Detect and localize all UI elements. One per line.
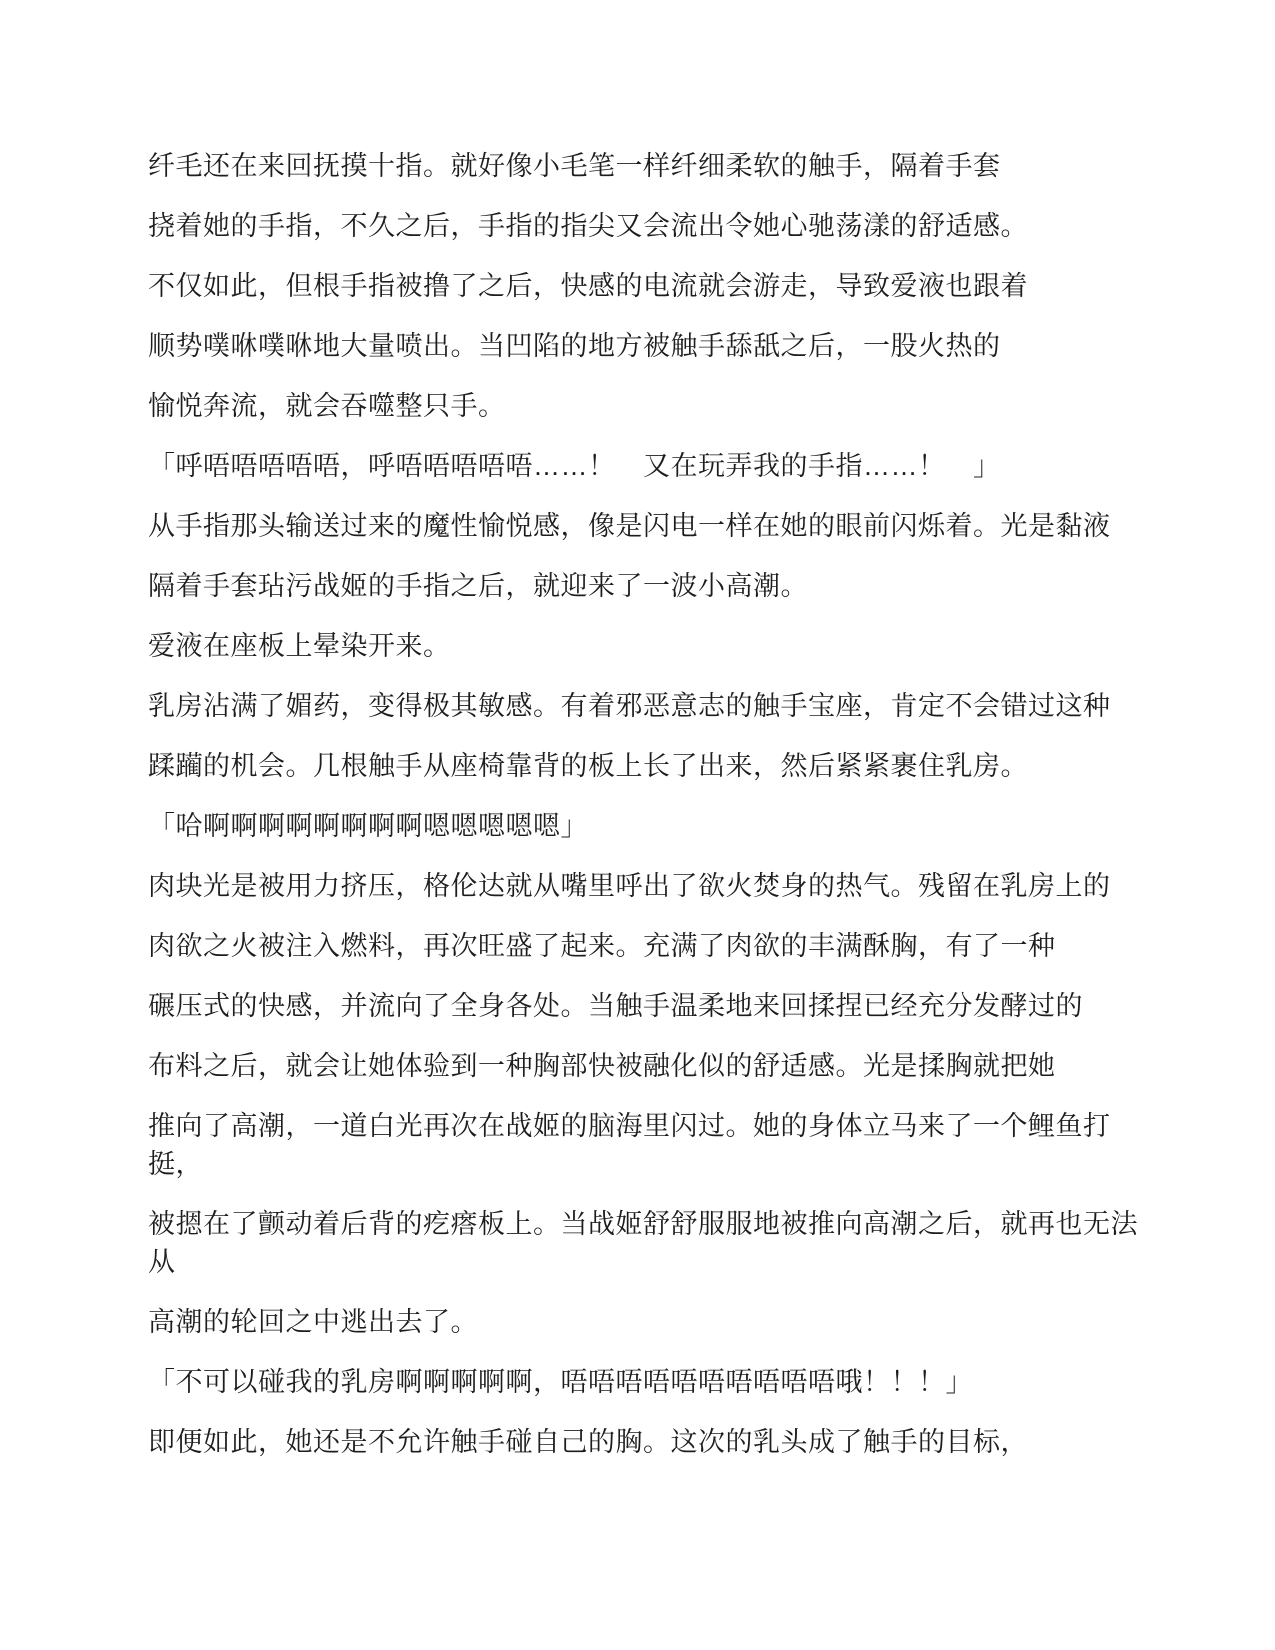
text-line: 乳房沾满了媚药，变得极其敏感。有着邪恶意志的触手宝座，肯定不会错过这种 <box>148 687 1165 725</box>
dialogue-paragraph: 「呼唔唔唔唔唔，呼唔唔唔唔唔……！ 又在玩弄我的手指……！ 」 <box>148 447 1165 485</box>
text-line: 碾压式的快感，并流向了全身各处。当触手温柔地来回揉捏已经充分发酵过的 <box>148 987 1165 1025</box>
narrative-paragraph: 即便如此，她还是不允许触手碰自己的胸。这次的乳头成了触手的目标， <box>148 1423 1165 1461</box>
narrative-paragraph: 高潮的轮回之中逃出去了。 <box>148 1303 1165 1341</box>
text-line: 挺， <box>148 1145 1165 1183</box>
narrative-paragraph: 挠着她的手指，不久之后，手指的指尖又会流出令她心驰荡漾的舒适感。 <box>148 207 1165 245</box>
narrative-paragraph: 被摁在了颤动着后背的疙瘩板上。当战姬舒舒服服地被推向高潮之后，就再也无法从 <box>148 1205 1165 1281</box>
narrative-paragraph: 不仅如此，但根手指被撸了之后，快感的电流就会游走，导致爱液也跟着 <box>148 267 1165 305</box>
text-line: 挠着她的手指，不久之后，手指的指尖又会流出令她心驰荡漾的舒适感。 <box>148 207 1165 245</box>
narrative-paragraph: 从手指那头输送过来的魔性愉悦感，像是闪电一样在她的眼前闪烁着。光是黏液 <box>148 507 1165 545</box>
narrative-paragraph: 蹂躏的机会。几根触手从座椅靠背的板上长了出来，然后紧紧裹住乳房。 <box>148 747 1165 785</box>
dialogue-paragraph: 「不可以碰我的乳房啊啊啊啊啊，唔唔唔唔唔唔唔唔唔唔哦！！！」 <box>148 1363 1165 1401</box>
narrative-paragraph: 乳房沾满了媚药，变得极其敏感。有着邪恶意志的触手宝座，肯定不会错过这种 <box>148 687 1165 725</box>
document-page: 纤毛还在来回抚摸十指。就好像小毛笔一样纤细柔软的触手，隔着手套 挠着她的手指，不… <box>0 0 1275 1650</box>
text-line: 从手指那头输送过来的魔性愉悦感，像是闪电一样在她的眼前闪烁着。光是黏液 <box>148 507 1165 545</box>
text-line: 布料之后，就会让她体验到一种胸部快被融化似的舒适感。光是揉胸就把她 <box>148 1047 1165 1085</box>
narrative-paragraph: 顺势噗咻噗咻地大量喷出。当凹陷的地方被触手舔舐之后，一股火热的 <box>148 327 1165 365</box>
text-line: 蹂躏的机会。几根触手从座椅靠背的板上长了出来，然后紧紧裹住乳房。 <box>148 747 1165 785</box>
narrative-paragraph: 愉悦奔流，就会吞噬整只手。 <box>148 387 1165 425</box>
narrative-paragraph: 爱液在座板上晕染开来。 <box>148 627 1165 665</box>
text-line: 不仅如此，但根手指被撸了之后，快感的电流就会游走，导致爱液也跟着 <box>148 267 1165 305</box>
text-line: 纤毛还在来回抚摸十指。就好像小毛笔一样纤细柔软的触手，隔着手套 <box>148 147 1165 185</box>
narrative-paragraph: 纤毛还在来回抚摸十指。就好像小毛笔一样纤细柔软的触手，隔着手套 <box>148 147 1165 185</box>
text-line: 肉欲之火被注入燃料，再次旺盛了起来。充满了肉欲的丰满酥胸，有了一种 <box>148 927 1165 965</box>
text-line: 愉悦奔流，就会吞噬整只手。 <box>148 387 1165 425</box>
text-line: 被摁在了颤动着后背的疙瘩板上。当战姬舒舒服服地被推向高潮之后，就再也无法 <box>148 1205 1165 1243</box>
text-line: 隔着手套玷污战姬的手指之后，就迎来了一波小高潮。 <box>148 567 1165 605</box>
text-line: 肉块光是被用力挤压，格伦达就从嘴里呼出了欲火焚身的热气。残留在乳房上的 <box>148 867 1165 905</box>
narrative-paragraph: 肉块光是被用力挤压，格伦达就从嘴里呼出了欲火焚身的热气。残留在乳房上的 <box>148 867 1165 905</box>
narrative-paragraph: 肉欲之火被注入燃料，再次旺盛了起来。充满了肉欲的丰满酥胸，有了一种 <box>148 927 1165 965</box>
text-line: 顺势噗咻噗咻地大量喷出。当凹陷的地方被触手舔舐之后，一股火热的 <box>148 327 1165 365</box>
text-line: 即便如此，她还是不允许触手碰自己的胸。这次的乳头成了触手的目标， <box>148 1423 1165 1461</box>
narrative-paragraph: 推向了高潮，一道白光再次在战姬的脑海里闪过。她的身体立马来了一个鲤鱼打挺， <box>148 1107 1165 1183</box>
text-line: 「哈啊啊啊啊啊啊啊啊嗯嗯嗯嗯嗯」 <box>148 807 1165 845</box>
text-line: 「不可以碰我的乳房啊啊啊啊啊，唔唔唔唔唔唔唔唔唔唔哦！！！」 <box>148 1363 1165 1401</box>
text-line: 推向了高潮，一道白光再次在战姬的脑海里闪过。她的身体立马来了一个鲤鱼打 <box>148 1107 1165 1145</box>
narrative-paragraph: 布料之后，就会让她体验到一种胸部快被融化似的舒适感。光是揉胸就把她 <box>148 1047 1165 1085</box>
text-line: 「呼唔唔唔唔唔，呼唔唔唔唔唔……！ 又在玩弄我的手指……！ 」 <box>148 447 1165 485</box>
text-line: 从 <box>148 1243 1165 1281</box>
dialogue-paragraph: 「哈啊啊啊啊啊啊啊啊嗯嗯嗯嗯嗯」 <box>148 807 1165 845</box>
text-line: 爱液在座板上晕染开来。 <box>148 627 1165 665</box>
narrative-paragraph: 碾压式的快感，并流向了全身各处。当触手温柔地来回揉捏已经充分发酵过的 <box>148 987 1165 1025</box>
narrative-paragraph: 隔着手套玷污战姬的手指之后，就迎来了一波小高潮。 <box>148 567 1165 605</box>
text-line: 高潮的轮回之中逃出去了。 <box>148 1303 1165 1341</box>
